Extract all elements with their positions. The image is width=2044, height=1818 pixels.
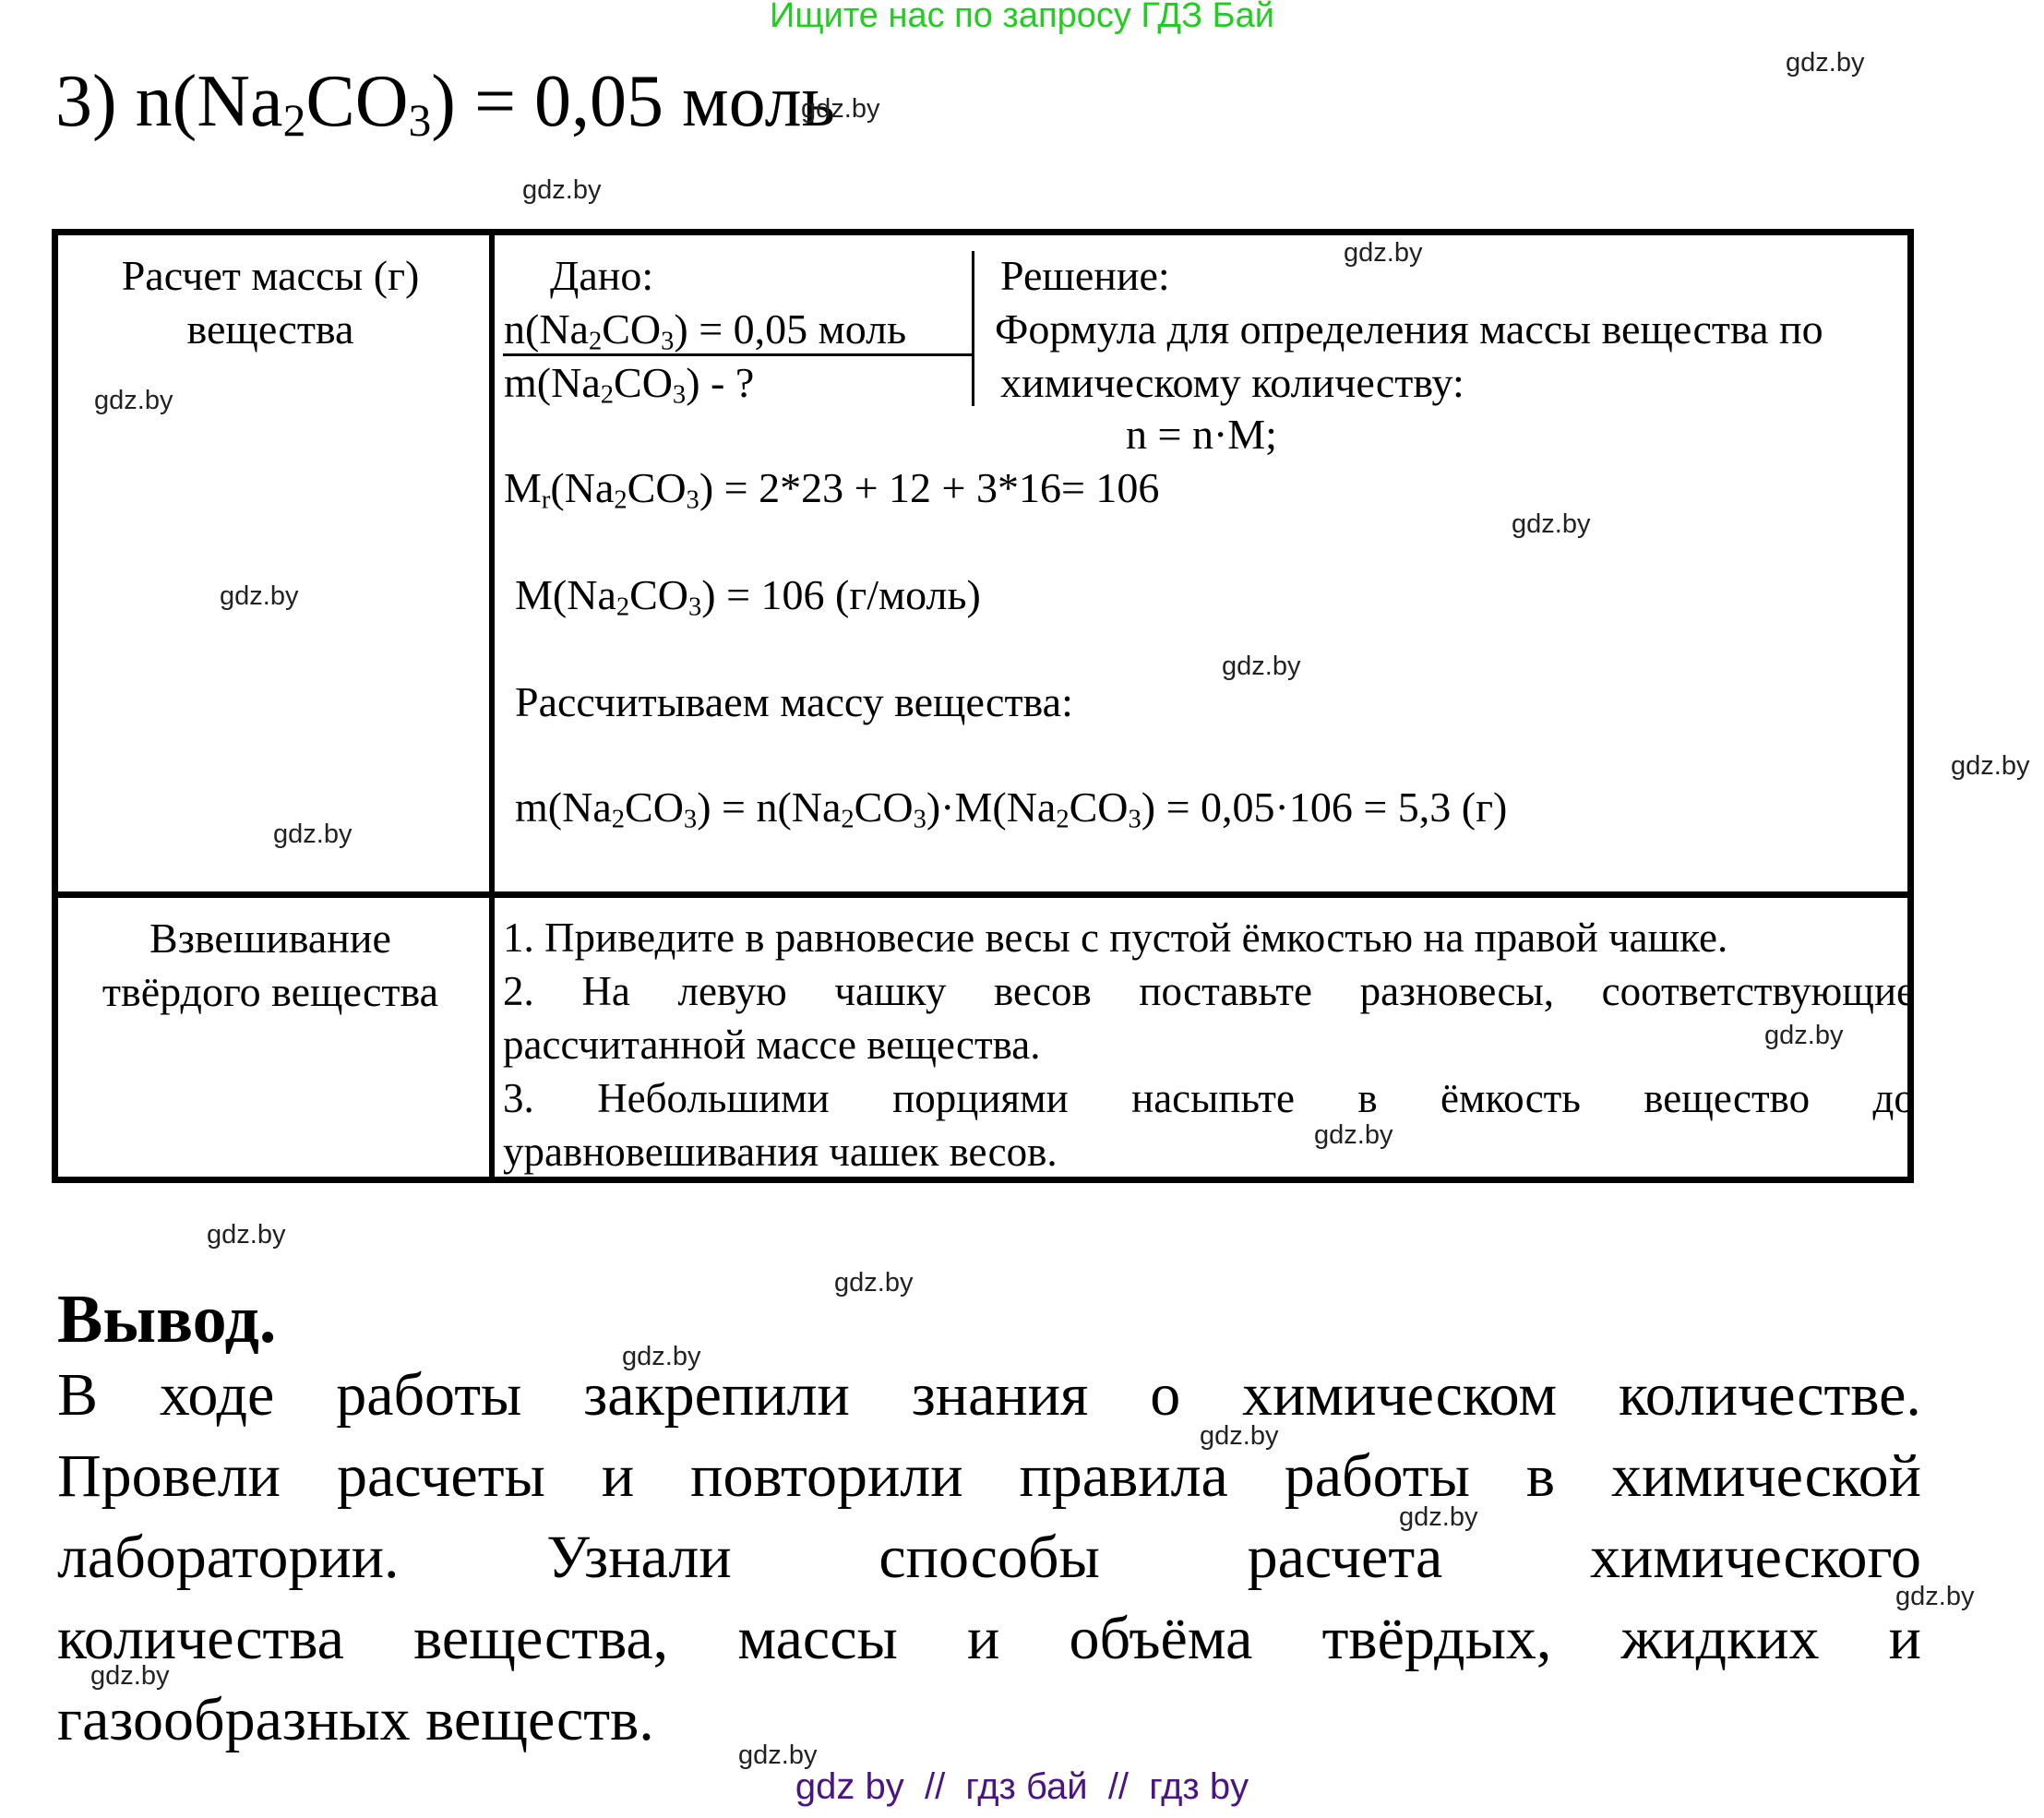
word: жидких — [1621, 1604, 1820, 1674]
word: Небольшими — [597, 1078, 830, 1119]
row1-label-line1: Расчет массы (г) — [52, 255, 489, 297]
word: массы — [737, 1604, 898, 1674]
conclusion-line: Провелирасчетыиповторилиправилаработывхи… — [57, 1441, 1921, 1512]
word: количестве. — [1619, 1360, 1921, 1430]
word: знания — [912, 1360, 1089, 1430]
watermark: gdz.by — [522, 175, 601, 206]
word: работы — [336, 1360, 521, 1430]
word: чашку — [834, 971, 946, 1012]
word: вещества, — [413, 1604, 668, 1674]
row1-label-line2: вещества — [52, 308, 489, 351]
conclusion-line: количествавещества,массыиобъёматвёрдых,ж… — [57, 1604, 1921, 1674]
word: твёрдых, — [1322, 1604, 1552, 1674]
watermark: gdz.by — [1344, 238, 1422, 269]
watermark: gdz.by — [94, 386, 173, 416]
word: ёмкость — [1440, 1078, 1581, 1119]
word: о — [1150, 1360, 1180, 1430]
solution-title: Решение: — [1000, 255, 1170, 297]
molar-mass-line: M(Na2CO3) = 106 (г/моль) — [515, 574, 981, 616]
row2-label-line2: твёрдого вещества — [52, 971, 489, 1013]
word: до — [1873, 1078, 1915, 1119]
word: соответствующие — [1602, 971, 1915, 1012]
word: работы — [1285, 1441, 1470, 1512]
word: расчета — [1248, 1523, 1443, 1593]
word: количества — [57, 1604, 344, 1674]
watermark: gdz.by — [1512, 509, 1590, 540]
calc-title: Рассчитываем массу вещества: — [515, 681, 1073, 724]
row2-label-line1: Взвешивание — [52, 917, 489, 960]
watermark: gdz.by — [1951, 751, 2029, 782]
word: насыпьте — [1131, 1078, 1295, 1119]
word: в — [1357, 1078, 1377, 1119]
word: 2. — [503, 971, 534, 1012]
word: правила — [1019, 1441, 1227, 1512]
watermark: gdz.by — [1764, 1021, 1843, 1051]
task-title: 3) n(Na2CO3) = 0,05 моль — [55, 65, 835, 138]
word: вещество — [1644, 1078, 1810, 1119]
word: химической — [1611, 1441, 1921, 1512]
footer-links[interactable]: gdz by // гдз бай // гдз by — [0, 1766, 2044, 1808]
weighing-step-2: 2.Налевуючашкувесовпоставьтеразновесы,со… — [503, 971, 1915, 1012]
word: поставьте — [1139, 971, 1312, 1012]
given-value: n(Na2CO3) = 0,05 моль — [504, 308, 906, 351]
conclusion-line: лаборатории.Узналиспособырасчетахимическ… — [57, 1523, 1921, 1593]
table-border-top — [52, 229, 1914, 235]
given-solution-divider — [972, 251, 974, 406]
conclusion-heading: Вывод. — [57, 1281, 276, 1359]
word: и — [967, 1604, 999, 1674]
table-border-left — [52, 229, 58, 1183]
word: Узнали — [546, 1523, 731, 1593]
given-find: m(Na2CO3) - ? — [504, 362, 754, 404]
word: левую — [677, 971, 786, 1012]
watermark: gdz.by — [801, 94, 879, 125]
promo-banner[interactable]: Ищите нас по запросу ГДЗ Бай — [0, 0, 2044, 36]
word: весов — [994, 971, 1092, 1012]
word: В — [57, 1360, 98, 1430]
given-title: Дано: — [550, 255, 653, 297]
word: лаборатории. — [57, 1523, 400, 1593]
word: расчеты — [337, 1441, 545, 1512]
word: ходе — [160, 1360, 274, 1430]
mass-calculation: m(Na2CO3) = n(Na2CO3)·M(Na2CO3) = 0,05·1… — [515, 786, 1507, 829]
word: На — [581, 971, 629, 1012]
weighing-step-2-cont: рассчитанной массе вещества. — [503, 1024, 1041, 1066]
relative-mass-line: Mr(Na2CO3) = 2*23 + 12 + 3*16= 106 — [504, 467, 1159, 509]
word: порциями — [892, 1078, 1069, 1119]
word: повторили — [690, 1441, 962, 1512]
mass-formula: n = n·M; — [1126, 413, 1277, 456]
watermark: gdz.by — [207, 1220, 285, 1250]
watermark: gdz.by — [220, 581, 298, 612]
word: объёма — [1069, 1604, 1252, 1674]
conclusion-line-last: газообразных веществ. — [57, 1685, 1921, 1755]
watermark: gdz.by — [1222, 652, 1300, 682]
conclusion-line: Входеработызакрепилизнанияохимическомкол… — [57, 1360, 1921, 1430]
watermark: gdz.by — [834, 1268, 913, 1298]
watermark: gdz.by — [1786, 48, 1864, 78]
word: и — [1889, 1604, 1921, 1674]
word: разновесы, — [1360, 971, 1554, 1012]
weighing-step-3-cont: уравновешивания чашек весов. — [503, 1131, 1058, 1173]
watermark: gdz.by — [1314, 1120, 1393, 1151]
solution-line2: химическому количеству: — [1000, 362, 1464, 404]
given-underline — [503, 353, 974, 356]
word: химическом — [1242, 1360, 1557, 1430]
weighing-step-1: 1. Приведите в равновесие весы с пустой … — [503, 917, 1727, 959]
weighing-step-3: 3.Небольшимипорцияминасыпьтевёмкостьвеще… — [503, 1078, 1915, 1119]
word: в — [1526, 1441, 1555, 1512]
table-row-divider — [52, 891, 1914, 898]
word: закрепили — [583, 1360, 850, 1430]
watermark: gdz.by — [273, 819, 352, 850]
word: Провели — [57, 1441, 281, 1512]
word: химического — [1590, 1523, 1921, 1593]
solution-line1: Формула для определения массы вещества п… — [995, 308, 1823, 351]
word: и — [602, 1441, 634, 1512]
table-border-right — [1907, 229, 1914, 1183]
word: способы — [879, 1523, 1099, 1593]
word: 3. — [503, 1078, 534, 1119]
table-column-divider — [489, 229, 495, 1183]
table-border-bottom — [52, 1177, 1914, 1183]
